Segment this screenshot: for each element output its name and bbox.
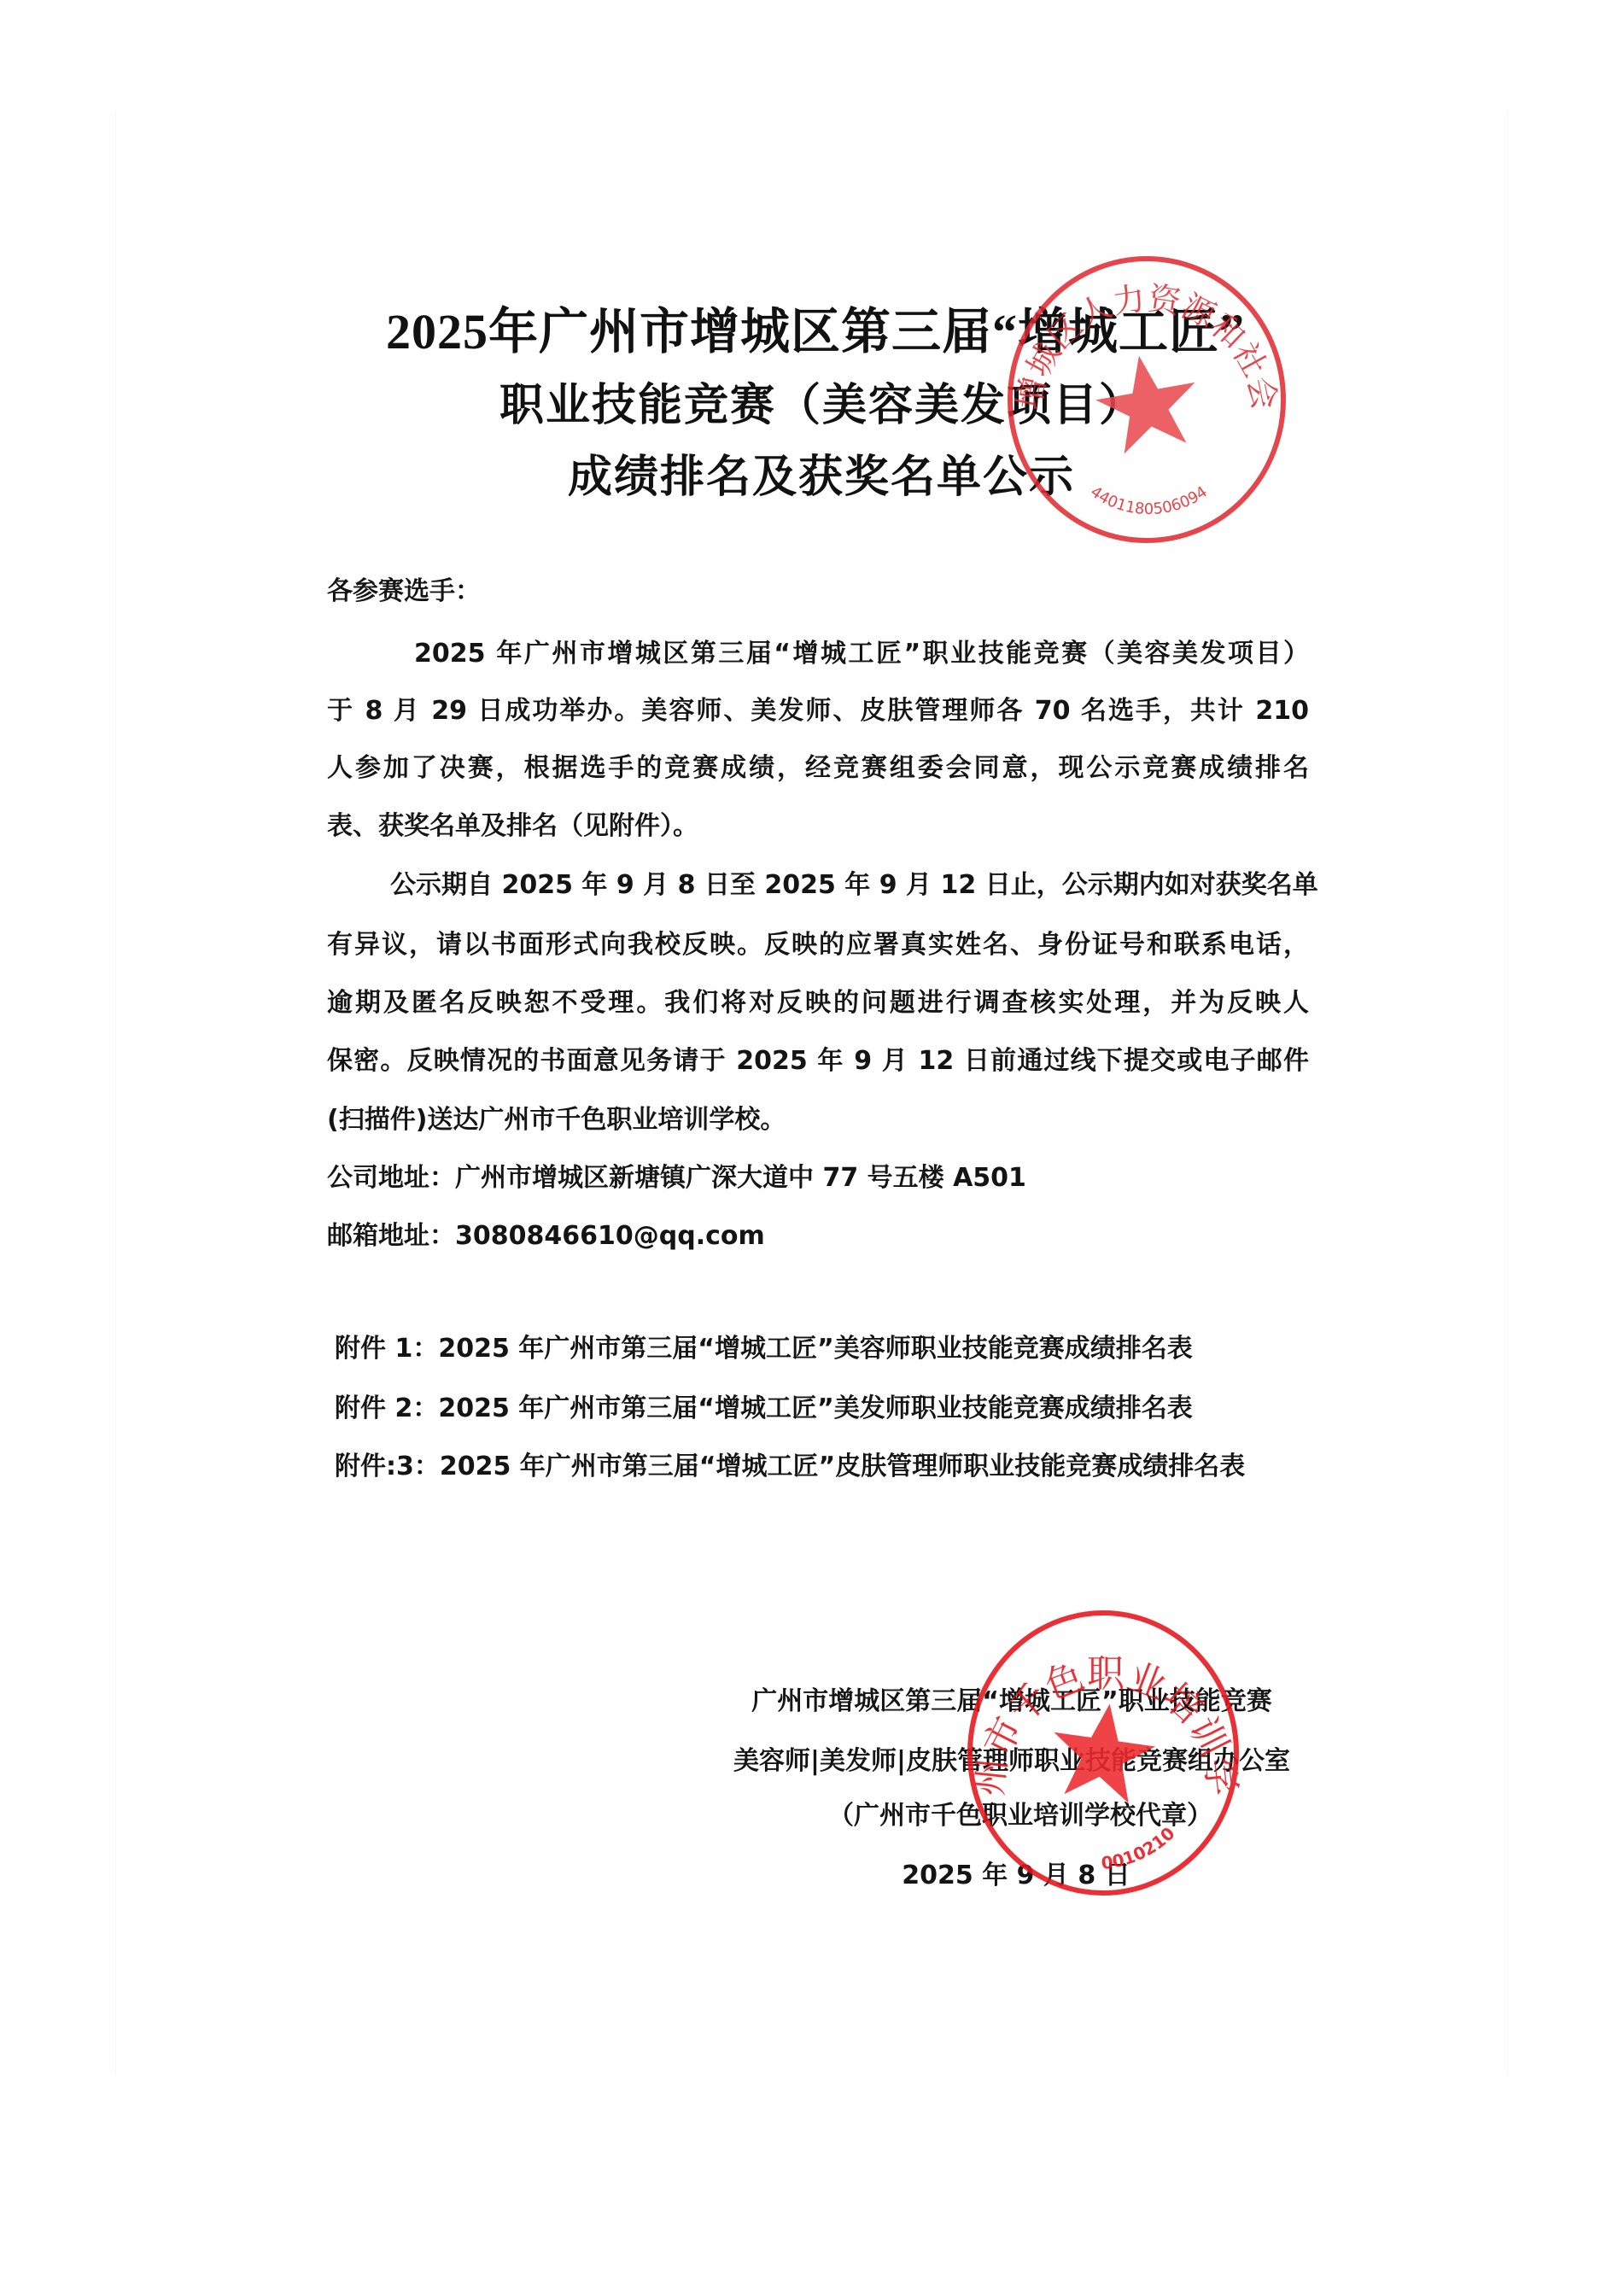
signature-organizer: 广州市增城区第三届“增城工匠”职业技能竞赛: [675, 1686, 1349, 1717]
paragraph-2-line: 保密。反映情况的书面意见务请于 2025 年 9 月 12 日前通过线下提交或电…: [327, 1046, 1309, 1077]
attachment-2: 附件 2：2025 年广州市第三届“增城工匠”美发师职业技能竞赛成绩排名表: [335, 1393, 1193, 1424]
paragraph-1-line: 于 8 月 29 日成功举办。美容师、美发师、皮肤管理师各 70 名选手，共计 …: [327, 696, 1309, 727]
scan-artifact: [115, 111, 116, 2075]
svg-text:4401180506094: 4401180506094: [1087, 483, 1211, 518]
address-label: 公司地址：: [327, 1163, 455, 1193]
address-value: 广州市增城区新塘镇广深大道中 77 号五楼 A501: [455, 1163, 1026, 1193]
address-line: 公司地址：广州市增城区新塘镇广深大道中 77 号五楼 A501: [327, 1163, 1026, 1194]
document-page: 2025年广州市增城区第三届“增城工匠” 职业技能竞赛（美容美发项目） 成绩排名…: [0, 0, 1624, 2296]
paragraph-1-line: 人参加了决赛，根据选手的竞赛成绩，经竞赛组委会同意，现公示竞赛成绩排名: [327, 753, 1309, 784]
title-line-3: 成绩排名及获奖名单公示: [568, 456, 1075, 500]
signature-office: 美容师|美发师|皮肤管理师职业技能竞赛组办公室: [675, 1746, 1349, 1777]
paragraph-2-line: (扫描件)送达广州市千色职业培训学校。: [327, 1105, 786, 1136]
paragraph-2-line: 有异议，请以书面形式向我校反映。反映的应署真实姓名、身份证号和联系电话，: [327, 930, 1309, 961]
email-value[interactable]: 3080846610@qq.com: [455, 1221, 765, 1251]
email-line: 邮箱地址：3080846610@qq.com: [327, 1221, 765, 1252]
paragraph-2-line: 公示期自 2025 年 9 月 8 日至 2025 年 9 月 12 日止，公示…: [390, 870, 1309, 901]
title-line-2: 职业技能竞赛（美容美发项目）: [499, 384, 1145, 429]
signature-seal-note: （广州市千色职业培训学校代章）: [683, 1801, 1358, 1832]
title-line-1: 2025年广州市增城区第三届“增城工匠”: [386, 307, 1245, 357]
paragraph-2-line: 逾期及匿名反映恕不受理。我们将对反映的问题进行调查核实处理，并为反映人: [327, 988, 1309, 1019]
attachment-1: 附件 1：2025 年广州市第三届“增城工匠”美容师职业技能竞赛成绩排名表: [335, 1334, 1193, 1364]
greeting: 各参赛选手：: [327, 576, 481, 607]
attachment-3: 附件:3：2025 年广州市第三届“增城工匠”皮肤管理师职业技能竞赛成绩排名表: [335, 1452, 1245, 1482]
email-label: 邮箱地址：: [327, 1221, 455, 1251]
scan-artifact: [1507, 111, 1508, 2075]
paragraph-1-line: 2025 年广州市增城区第三届“增城工匠”职业技能竞赛（美容美发项目）: [414, 639, 1309, 669]
paragraph-1-line: 表、获奖名单及排名（见附件）。: [327, 811, 698, 842]
signature-date: 2025 年 9 月 8 日: [679, 1861, 1353, 1891]
